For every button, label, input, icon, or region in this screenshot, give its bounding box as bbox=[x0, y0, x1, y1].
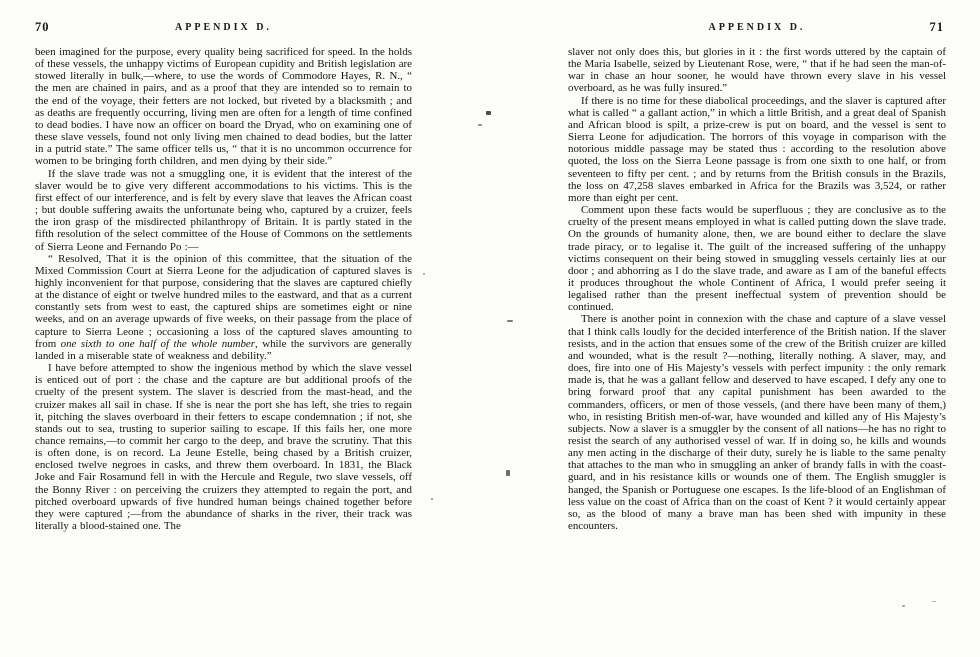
page-70: 70 APPENDIX D. been imagined for the pur… bbox=[35, 0, 412, 532]
scan-speck bbox=[478, 124, 482, 126]
left-page-body: been imagined for the purpose, every qua… bbox=[35, 46, 412, 532]
scan-speck bbox=[423, 273, 425, 275]
page-number-right: 71 bbox=[930, 20, 945, 35]
book-spread: 70 APPENDIX D. been imagined for the pur… bbox=[0, 0, 980, 657]
scan-speck bbox=[506, 470, 510, 476]
text-segment: I have before attempted to show the inge… bbox=[35, 362, 412, 532]
paragraph: been imagined for the purpose, every qua… bbox=[35, 46, 412, 168]
text-segment: been imagined for the purpose, every qua… bbox=[35, 46, 412, 167]
paragraph: If there is no time for these diabolical… bbox=[568, 95, 946, 204]
paragraph: Comment upon these facts would be superf… bbox=[568, 204, 946, 313]
paragraph: “ Resolved, That it is the opinion of th… bbox=[35, 253, 412, 362]
scan-speck bbox=[507, 320, 513, 322]
text-segment: If the slave trade was not a smuggling o… bbox=[35, 168, 412, 253]
text-segment: If there is no time for these diabolical… bbox=[568, 95, 946, 204]
text-segment: “ Resolved, That it is the opinion of th… bbox=[35, 253, 412, 350]
scan-speck bbox=[932, 601, 936, 602]
page-70-header: 70 APPENDIX D. bbox=[35, 22, 412, 37]
page-71: APPENDIX D. 71 slaver not only does this… bbox=[568, 0, 946, 532]
paragraph: I have before attempted to show the inge… bbox=[35, 362, 412, 532]
right-page-body: slaver not only does this, but glories i… bbox=[568, 46, 946, 532]
running-title-left: APPENDIX D. bbox=[35, 22, 412, 33]
paragraph: If the slave trade was not a smuggling o… bbox=[35, 168, 412, 253]
paragraph: slaver not only does this, but glories i… bbox=[568, 46, 946, 95]
page-71-header: APPENDIX D. 71 bbox=[568, 22, 946, 37]
running-title-right: APPENDIX D. bbox=[568, 22, 946, 33]
text-segment: There is another point in connexion with… bbox=[568, 313, 946, 532]
text-segment: Comment upon these facts would be superf… bbox=[568, 204, 946, 313]
scan-speck bbox=[486, 111, 491, 115]
italic-text-segment: one sixth to one half of the whole numbe… bbox=[61, 338, 255, 350]
paragraph: There is another point in connexion with… bbox=[568, 313, 946, 532]
scan-speck bbox=[902, 605, 905, 607]
scan-speck bbox=[431, 498, 433, 500]
text-segment: slaver not only does this, but glories i… bbox=[568, 46, 946, 94]
